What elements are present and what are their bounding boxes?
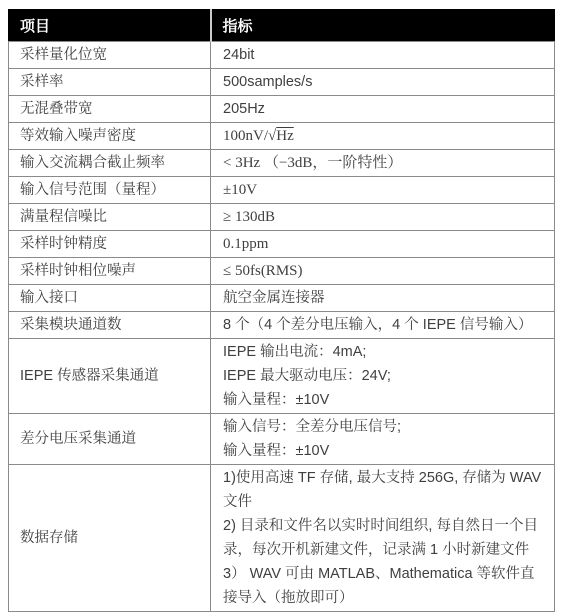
spec-label: 采样率 <box>9 69 211 96</box>
spec-value: 1)使用高速 TF 存储, 最大支持 256G, 存储为 WAV 文件 2) 目… <box>211 465 555 612</box>
spec-value: 205Hz <box>211 96 555 123</box>
spec-value: 24bit <box>211 42 555 69</box>
spec-value: 8 个（4 个差分电压输入，4 个 IEPE 信号输入） <box>211 312 555 339</box>
spec-label: 输入交流耦合截止频率 <box>9 150 211 177</box>
spec-label: 采样时钟相位噪声 <box>9 258 211 285</box>
spec-value: ≥ 130dB <box>211 204 555 231</box>
spec-label: 采集模块通道数 <box>9 312 211 339</box>
spec-value: < 3Hz （−3dB，一阶特性） <box>211 150 555 177</box>
spec-label: IEPE 传感器采集通道 <box>9 339 211 414</box>
spec-table: 项目 指标 采样量化位宽 24bit 采样率 500samples/s 无混叠带… <box>8 9 555 612</box>
table-row: 差分电压采集通道 输入信号：全差分电压信号; 输入量程：±10V <box>9 414 555 465</box>
spec-value: 0.1ppm <box>211 231 555 258</box>
spec-label: 采样时钟精度 <box>9 231 211 258</box>
spec-label: 采样量化位宽 <box>9 42 211 69</box>
table-row: 输入接口 航空金属连接器 <box>9 285 555 312</box>
table-row: 输入信号范围（量程） ±10V <box>9 177 555 204</box>
spec-value: 100nV/√Hz <box>211 123 555 150</box>
table-row: 采集模块通道数 8 个（4 个差分电压输入，4 个 IEPE 信号输入） <box>9 312 555 339</box>
spec-label: 差分电压采集通道 <box>9 414 211 465</box>
header-item-column: 项目 <box>9 10 211 42</box>
table-row: 输入交流耦合截止频率 < 3Hz （−3dB，一阶特性） <box>9 150 555 177</box>
spec-value: IEPE 输出电流：4mA; IEPE 最大驱动电压：24V; 输入量程：±10… <box>211 339 555 414</box>
spec-value: ≤ 50fs(RMS) <box>211 258 555 285</box>
table-row: 采样时钟精度 0.1ppm <box>9 231 555 258</box>
sqrt-prefix: 100nV/√ <box>223 128 276 144</box>
spec-value: ±10V <box>211 177 555 204</box>
spec-label: 输入接口 <box>9 285 211 312</box>
spec-label: 数据存储 <box>9 465 211 612</box>
spec-sheet-page: 项目 指标 采样量化位宽 24bit 采样率 500samples/s 无混叠带… <box>0 0 562 609</box>
table-header-row: 项目 指标 <box>9 10 555 42</box>
spec-value: 输入信号：全差分电压信号; 输入量程：±10V <box>211 414 555 465</box>
table-row: 采样率 500samples/s <box>9 69 555 96</box>
table-row: 满量程信噪比 ≥ 130dB <box>9 204 555 231</box>
header-spec-column: 指标 <box>211 10 555 42</box>
table-row: 无混叠带宽 205Hz <box>9 96 555 123</box>
spec-value: 航空金属连接器 <box>211 285 555 312</box>
table-row: 采样量化位宽 24bit <box>9 42 555 69</box>
spec-label: 无混叠带宽 <box>9 96 211 123</box>
spec-label: 等效输入噪声密度 <box>9 123 211 150</box>
table-row: 数据存储 1)使用高速 TF 存储, 最大支持 256G, 存储为 WAV 文件… <box>9 465 555 612</box>
table-row: 采样时钟相位噪声 ≤ 50fs(RMS) <box>9 258 555 285</box>
table-row: IEPE 传感器采集通道 IEPE 输出电流：4mA; IEPE 最大驱动电压：… <box>9 339 555 414</box>
table-row: 等效输入噪声密度 100nV/√Hz <box>9 123 555 150</box>
spec-label: 满量程信噪比 <box>9 204 211 231</box>
spec-value: 500samples/s <box>211 69 555 96</box>
sqrt-overline-text: Hz <box>276 128 294 144</box>
spec-label: 输入信号范围（量程） <box>9 177 211 204</box>
